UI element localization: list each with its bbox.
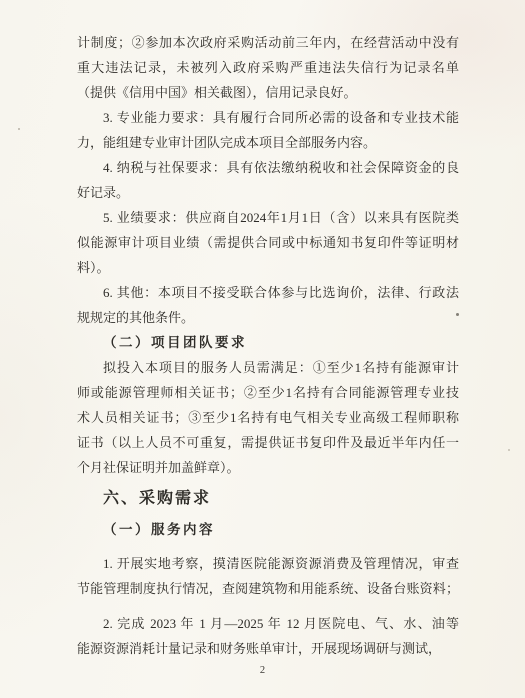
scan-noise-speck [508,449,510,451]
text-line: 4. 纳税与社保要求：具有依法缴纳税收和社会保障资金的良 [77,155,459,180]
text-line: 节能管理制度执行情况，查阅建筑物和用能系统、设备台账资料； [77,576,459,601]
text-line: 似能源审计项目业绩（需提供合同或中标通知书复印件等证明材 [77,230,459,255]
text-line: 好记录。 [77,180,459,205]
page-number: 2 [0,665,525,676]
text-line: 能源资源消耗计量记录和财务账单审计，开展现场调研与测试， [77,636,459,661]
text-line: 3. 专业能力要求：具有履行合同所必需的设备和专业技术能 [77,105,459,130]
scanned-document-page: 计制度；②参加本次政府采购活动前三年内，在经营活动中没有 重大违法记录，未被列入… [0,0,525,698]
text-line: （提供《信用中国》相关截图），信用记录良好。 [77,80,459,105]
text-line: 师或能源管理师相关证书；②至少1名持有合同能源管理专业技 [77,380,459,405]
section-heading-project-team: （二）项目团队要求 [77,330,459,355]
text-line: 证书（以上人员不可重复，需提供证书复印件及最近半年内任一 [77,430,459,455]
text-line: 术人员相关证书；③至少1名持有电气相关专业高级工程师职称 [77,405,459,430]
section-heading-service-content: （一）服务内容 [77,517,459,542]
text-line: 拟投入本项目的服务人员需满足：①至少1名持有能源审计 [77,355,459,380]
scan-noise-speck [456,313,459,316]
text-line: 计制度；②参加本次政府采购活动前三年内，在经营活动中没有 [77,30,459,55]
scan-noise-speck [18,128,20,130]
document-body: 计制度；②参加本次政府采购活动前三年内，在经营活动中没有 重大违法记录，未被列入… [77,30,459,661]
text-line: 力，能组建专业审计团队完成本项目全部服务内容。 [77,130,459,155]
text-line: 1. 开展实地考察，摸清医院能源资源消费及管理情况，审查 [77,551,459,576]
text-line: 个月社保证明并加盖鲜章）。 [77,455,459,480]
text-line: 重大违法记录，未被列入政府采购严重违法失信行为记录名单 [77,55,459,80]
section-heading-procurement-demand: 六、采购需求 [77,485,459,513]
text-line: 料）。 [77,255,459,280]
text-line: 5. 业绩要求：供应商自2024年1月1日（含）以来具有医院类 [77,205,459,230]
text-line: 6. 其他：本项目不接受联合体参与比选询价，法律、行政法 [77,280,459,305]
text-line: 规规定的其他条件。 [77,305,459,330]
text-line: 2. 完成 2023 年 1 月—2025 年 12 月医院电、气、水、油等 [77,611,459,636]
